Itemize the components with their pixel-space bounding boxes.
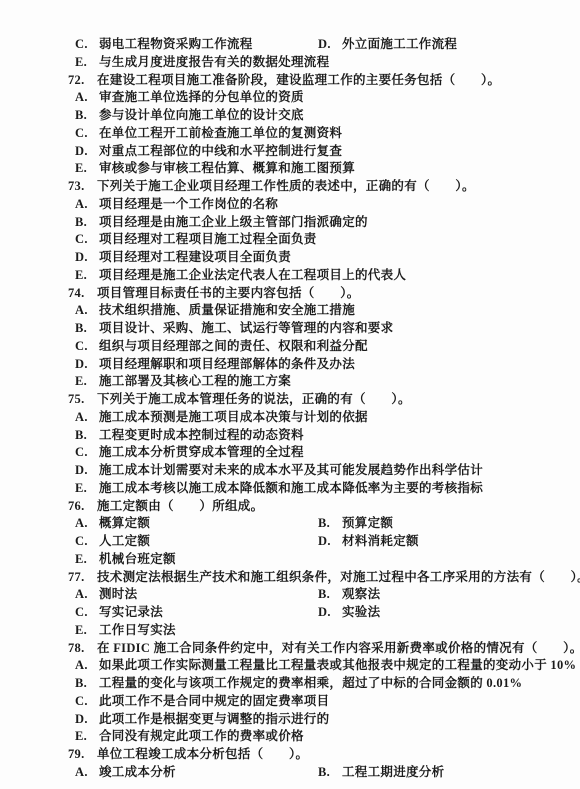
option-cell-left: C.弱电工程物资采购工作流程 bbox=[75, 37, 253, 51]
option-row: D.施工成本计划需要对未来的成本水平及其可能发展趋势作出科学估计 bbox=[68, 462, 566, 480]
option-label: C. bbox=[75, 125, 99, 143]
option-row: A.施工成本预测是施工项目成本决策与计划的依据 bbox=[68, 409, 566, 427]
option-label: E. bbox=[75, 267, 99, 285]
option-text: 技术组织措施、质量保证措施和安全施工措施 bbox=[99, 303, 355, 317]
question-stem-text: 单位工程竣工成本分析包括（ ）。 bbox=[97, 747, 308, 761]
option-cell-left: A.竣工成本分析 bbox=[75, 765, 176, 779]
question-block: 75.下列关于施工成本管理任务的说法，正确的有（ ）。 A.施工成本预测是施工项… bbox=[68, 391, 566, 498]
option-text: 测时法 bbox=[99, 587, 137, 601]
question-stem-line: 75.下列关于施工成本管理任务的说法，正确的有（ ）。 bbox=[68, 391, 566, 409]
option-label: D. bbox=[318, 533, 342, 551]
option-row: A.概算定额 B.预算定额 bbox=[68, 515, 566, 533]
option-cell-left: A.审查施工单位选择的分包单位的资质 bbox=[75, 90, 304, 104]
option-cell-left: E.合同没有规定此项工作的费率或价格 bbox=[75, 729, 304, 743]
question-block: 73.下列关于施工企业项目经理工作性质的表述中，正确的有（ ）。 A.项目经理是… bbox=[68, 178, 566, 285]
option-text: 对重点工程部位的中线和水平控制进行复查 bbox=[99, 144, 342, 158]
question-stem-line: 78.在 FIDIC 施工合同条件约定中，对有关工作内容采用新费率或价格的情况有… bbox=[68, 640, 566, 658]
option-row: C.项目经理对工程项目施工过程全面负责 bbox=[68, 231, 566, 249]
question-number: 73. bbox=[68, 178, 97, 196]
option-label: D. bbox=[318, 604, 342, 622]
option-text: 审查施工单位选择的分包单位的资质 bbox=[99, 90, 304, 104]
option-row: E.合同没有规定此项工作的费率或价格 bbox=[68, 728, 566, 746]
option-cell-left: D.施工成本计划需要对未来的成本水平及其可能发展趋势作出科学估计 bbox=[75, 463, 483, 477]
option-label: B. bbox=[318, 515, 342, 533]
option-row: D.项目经理解职和项目经理部解体的条件及办法 bbox=[68, 356, 566, 374]
option-cell-left: E.施工部署及其核心工程的施工方案 bbox=[75, 374, 291, 388]
question-block: 78.在 FIDIC 施工合同条件约定中，对有关工作内容采用新费率或价格的情况有… bbox=[68, 640, 566, 747]
option-cell-left: B.参与设计单位向施工单位的设计交底 bbox=[75, 108, 304, 122]
option-rows: A.技术组织措施、质量保证措施和安全施工措施 B.项目设计、采购、施工、试运行等… bbox=[68, 302, 566, 391]
option-text: 实验法 bbox=[342, 605, 380, 619]
option-cell-right: D.实验法 bbox=[318, 604, 380, 622]
option-rows: A.项目经理是一个工作岗位的名称 B.项目经理是由施工企业上级主管部门指派确定的… bbox=[68, 196, 566, 285]
option-label: D. bbox=[75, 356, 99, 374]
option-text: 材料消耗定额 bbox=[342, 534, 419, 548]
option-label: C. bbox=[75, 444, 99, 462]
option-row: A.测时法 B.观察法 bbox=[68, 586, 566, 604]
question-block: 76.施工定额由（ ）所组成。 A.概算定额 B.预算定额 C.人工定额 D.材… bbox=[68, 498, 566, 569]
option-cell-left: C.施工成本分析贯穿成本管理的全过程 bbox=[75, 445, 304, 459]
option-label: A. bbox=[75, 515, 99, 533]
option-cell-left: A.技术组织措施、质量保证措施和安全施工措施 bbox=[75, 303, 355, 317]
question-number: 77. bbox=[68, 569, 97, 587]
option-text: 审核或参与审核工程估算、概算和施工图预算 bbox=[99, 161, 355, 175]
question-stem-line: 73.下列关于施工企业项目经理工作性质的表述中，正确的有（ ）。 bbox=[68, 178, 566, 196]
option-cell-left: C.在单位工程开工前检查施工单位的复测资料 bbox=[75, 126, 342, 140]
option-text: 工作日写实法 bbox=[99, 623, 176, 637]
question-stem-text: 在建设工程项目施工准备阶段，建设监理工作的主要任务包括（ ）。 bbox=[97, 73, 500, 87]
option-label: E. bbox=[75, 728, 99, 746]
option-cell-left: A.如果此项工作实际测量工程量比工程量表或其他报表中规定的工程量的变动小于 10… bbox=[75, 658, 576, 672]
option-row: D.项目经理对工程建设项目全面负责 bbox=[68, 249, 566, 267]
option-row: B.项目经理是由施工企业上级主管部门指派确定的 bbox=[68, 214, 566, 232]
question-number: 76. bbox=[68, 498, 97, 516]
option-label: E. bbox=[75, 160, 99, 178]
option-row: C.施工成本分析贯穿成本管理的全过程 bbox=[68, 444, 566, 462]
option-label: D. bbox=[75, 143, 99, 161]
option-rows: A.测时法 B.观察法 C.写实记录法 D.实验法 E.工作日写实法 bbox=[68, 586, 566, 639]
option-row: D.此项工作是根据变更与调整的指示进行的 bbox=[68, 711, 566, 729]
question-stem-line: 74.项目管理目标责任书的主要内容包括（ ）。 bbox=[68, 285, 566, 303]
exam-page: C.弱电工程物资采购工作流程 D.外立面施工工作流程 E.与生成月度进度报告有关… bbox=[0, 0, 580, 789]
option-row: C.弱电工程物资采购工作流程 D.外立面施工工作流程 bbox=[68, 36, 566, 54]
option-label: A. bbox=[75, 764, 99, 782]
option-label: C. bbox=[75, 36, 99, 54]
question-stem-line: 76.施工定额由（ ）所组成。 bbox=[68, 498, 566, 516]
option-text: 竣工成本分析 bbox=[99, 765, 176, 779]
question-stem-line: 77.技术测定法根据生产技术和施工组织条件，对施工过程中各工序采用的方法有（ ）… bbox=[68, 569, 566, 587]
option-row: C.在单位工程开工前检查施工单位的复测资料 bbox=[68, 125, 566, 143]
option-text: 项目经理对工程项目施工过程全面负责 bbox=[99, 232, 317, 246]
option-text: 预算定额 bbox=[342, 516, 393, 530]
option-label: A. bbox=[75, 196, 99, 214]
option-text: 在单位工程开工前检查施工单位的复测资料 bbox=[99, 126, 342, 140]
option-cell-left: E.机械台班定额 bbox=[75, 552, 176, 566]
option-rows: A.概算定额 B.预算定额 C.人工定额 D.材料消耗定额 E.机械台班定额 bbox=[68, 515, 566, 568]
option-cell-left: B.项目设计、采购、施工、试运行等管理的内容和要求 bbox=[75, 321, 393, 335]
option-row: B.项目设计、采购、施工、试运行等管理的内容和要求 bbox=[68, 320, 566, 338]
option-row: E.项目经理是施工企业法定代表人在工程项目上的代表人 bbox=[68, 267, 566, 285]
carryover-option-rows: C.弱电工程物资采购工作流程 D.外立面施工工作流程 E.与生成月度进度报告有关… bbox=[68, 36, 566, 72]
option-row: E.审核或参与审核工程估算、概算和施工图预算 bbox=[68, 160, 566, 178]
option-text: 外立面施工工作流程 bbox=[342, 37, 457, 51]
question-stem-text: 下列关于施工企业项目经理工作性质的表述中，正确的有（ ）。 bbox=[97, 179, 475, 193]
option-row: C.人工定额 D.材料消耗定额 bbox=[68, 533, 566, 551]
option-cell-left: D.项目经理解职和项目经理部解体的条件及办法 bbox=[75, 357, 355, 371]
option-label: E. bbox=[75, 622, 99, 640]
option-text: 施工成本分析贯穿成本管理的全过程 bbox=[99, 445, 304, 459]
option-cell-right: B.工程工期进度分析 bbox=[318, 764, 444, 782]
option-text: 观察法 bbox=[342, 587, 380, 601]
option-label: E. bbox=[75, 54, 99, 72]
option-cell-left: A.测时法 bbox=[75, 587, 137, 601]
option-rows: A.审查施工单位选择的分包单位的资质 B.参与设计单位向施工单位的设计交底 C.… bbox=[68, 89, 566, 178]
option-row: A.竣工成本分析 B.工程工期进度分析 bbox=[68, 764, 566, 782]
option-label: A. bbox=[75, 409, 99, 427]
option-label: B. bbox=[75, 675, 99, 693]
option-text: 此项工作不是合同中规定的固定费率项目 bbox=[99, 694, 329, 708]
option-text: 项目经理对工程建设项目全面负责 bbox=[99, 250, 291, 264]
question-stem-text: 施工定额由（ ）所组成。 bbox=[97, 499, 263, 513]
option-cell-left: E.审核或参与审核工程估算、概算和施工图预算 bbox=[75, 161, 355, 175]
option-text: 概算定额 bbox=[99, 516, 150, 530]
option-text: 如果此项工作实际测量工程量比工程量表或其他报表中规定的工程量的变动小于 10% bbox=[99, 658, 576, 672]
option-cell-left: C.写实记录法 bbox=[75, 605, 163, 619]
option-label: A. bbox=[75, 89, 99, 107]
option-cell-left: D.此项工作是根据变更与调整的指示进行的 bbox=[75, 712, 329, 726]
option-text: 写实记录法 bbox=[99, 605, 163, 619]
question-list: 72.在建设工程项目施工准备阶段，建设监理工作的主要任务包括（ ）。 A.审查施… bbox=[68, 72, 566, 782]
option-label: A. bbox=[75, 302, 99, 320]
option-row: B.工程变更时成本控制过程的动态资料 bbox=[68, 427, 566, 445]
option-text: 项目经理是施工企业法定代表人在工程项目上的代表人 bbox=[99, 268, 406, 282]
question-number: 79. bbox=[68, 746, 97, 764]
option-cell-right: D.材料消耗定额 bbox=[318, 533, 419, 551]
option-label: D. bbox=[75, 711, 99, 729]
option-text: 施工成本考核以施工成本降低额和施工成本降低率为主要的考核指标 bbox=[99, 481, 483, 495]
option-label: B. bbox=[318, 586, 342, 604]
question-block: 77.技术测定法根据生产技术和施工组织条件，对施工过程中各工序采用的方法有（ ）… bbox=[68, 569, 566, 640]
option-text: 参与设计单位向施工单位的设计交底 bbox=[99, 108, 304, 122]
option-label: E. bbox=[75, 480, 99, 498]
option-text: 工程量的变化与该项工作规定的费率相乘，超过了中标的合同金额的 0.01% bbox=[99, 676, 522, 690]
option-cell-left: C.人工定额 bbox=[75, 534, 150, 548]
option-cell-left: C.此项工作不是合同中规定的固定费率项目 bbox=[75, 694, 329, 708]
option-text: 工程变更时成本控制过程的动态资料 bbox=[99, 428, 304, 442]
question-number: 72. bbox=[68, 72, 97, 90]
option-cell-left: A.施工成本预测是施工项目成本决策与计划的依据 bbox=[75, 410, 368, 424]
option-row: E.机械台班定额 bbox=[68, 551, 566, 569]
option-row: C.此项工作不是合同中规定的固定费率项目 bbox=[68, 693, 566, 711]
option-row: E.施工成本考核以施工成本降低额和施工成本降低率为主要的考核指标 bbox=[68, 480, 566, 498]
question-stem-text: 下列关于施工成本管理任务的说法，正确的有（ ）。 bbox=[97, 392, 411, 406]
option-text: 此项工作是根据变更与调整的指示进行的 bbox=[99, 712, 329, 726]
option-cell-left: E.施工成本考核以施工成本降低额和施工成本降低率为主要的考核指标 bbox=[75, 481, 483, 495]
question-stem-text: 项目管理目标责任书的主要内容包括（ ）。 bbox=[97, 286, 360, 300]
option-row: A.如果此项工作实际测量工程量比工程量表或其他报表中规定的工程量的变动小于 10… bbox=[68, 657, 566, 675]
option-cell-left: A.概算定额 bbox=[75, 516, 150, 530]
question-block: 79.单位工程竣工成本分析包括（ ）。 A.竣工成本分析 B.工程工期进度分析 bbox=[68, 746, 566, 782]
option-rows: A.竣工成本分析 B.工程工期进度分析 bbox=[68, 764, 566, 782]
option-cell-left: E.与生成月度进度报告有关的数据处理流程 bbox=[75, 55, 329, 69]
option-cell-left: B.工程变更时成本控制过程的动态资料 bbox=[75, 428, 304, 442]
question-number: 74. bbox=[68, 285, 97, 303]
option-label: C. bbox=[75, 604, 99, 622]
option-row: E.施工部署及其核心工程的施工方案 bbox=[68, 373, 566, 391]
option-text: 与生成月度进度报告有关的数据处理流程 bbox=[99, 55, 329, 69]
option-cell-left: E.项目经理是施工企业法定代表人在工程项目上的代表人 bbox=[75, 268, 406, 282]
option-label: C. bbox=[75, 693, 99, 711]
option-row: E.与生成月度进度报告有关的数据处理流程 bbox=[68, 54, 566, 72]
option-text: 施工部署及其核心工程的施工方案 bbox=[99, 374, 291, 388]
option-text: 项目经理是由施工企业上级主管部门指派确定的 bbox=[99, 215, 368, 229]
option-rows: A.施工成本预测是施工项目成本决策与计划的依据 B.工程变更时成本控制过程的动态… bbox=[68, 409, 566, 498]
question-block: 72.在建设工程项目施工准备阶段，建设监理工作的主要任务包括（ ）。 A.审查施… bbox=[68, 72, 566, 179]
option-label: C. bbox=[75, 231, 99, 249]
question-number: 78. bbox=[68, 640, 97, 658]
option-row: A.项目经理是一个工作岗位的名称 bbox=[68, 196, 566, 214]
question-stem-line: 79.单位工程竣工成本分析包括（ ）。 bbox=[68, 746, 566, 764]
question-stem-line: 72.在建设工程项目施工准备阶段，建设监理工作的主要任务包括（ ）。 bbox=[68, 72, 566, 90]
option-row: A.技术组织措施、质量保证措施和安全施工措施 bbox=[68, 302, 566, 320]
option-label: A. bbox=[75, 586, 99, 604]
question-block: 74.项目管理目标责任书的主要内容包括（ ）。 A.技术组织措施、质量保证措施和… bbox=[68, 285, 566, 392]
option-label: A. bbox=[75, 657, 99, 675]
option-cell-right: B.观察法 bbox=[318, 586, 380, 604]
question-stem-text: 在 FIDIC 施工合同条件约定中，对有关工作内容采用新费率或价格的情况有（ ）… bbox=[97, 641, 580, 655]
option-text: 合同没有规定此项工作的费率或价格 bbox=[99, 729, 304, 743]
option-text: 机械台班定额 bbox=[99, 552, 176, 566]
option-text: 项目设计、采购、施工、试运行等管理的内容和要求 bbox=[99, 321, 393, 335]
option-row: B.参与设计单位向施工单位的设计交底 bbox=[68, 107, 566, 125]
option-cell-left: E.工作日写实法 bbox=[75, 623, 176, 637]
option-label: D. bbox=[318, 36, 342, 54]
option-text: 施工成本预测是施工项目成本决策与计划的依据 bbox=[99, 410, 368, 424]
option-cell-left: D.对重点工程部位的中线和水平控制进行复查 bbox=[75, 144, 342, 158]
option-row: B.工程量的变化与该项工作规定的费率相乘，超过了中标的合同金额的 0.01% bbox=[68, 675, 566, 693]
option-cell-left: B.项目经理是由施工企业上级主管部门指派确定的 bbox=[75, 215, 368, 229]
question-number: 75. bbox=[68, 391, 97, 409]
option-text: 施工成本计划需要对未来的成本水平及其可能发展趋势作出科学估计 bbox=[99, 463, 483, 477]
option-text: 项目经理是一个工作岗位的名称 bbox=[99, 197, 278, 211]
option-rows: A.如果此项工作实际测量工程量比工程量表或其他报表中规定的工程量的变动小于 10… bbox=[68, 657, 566, 746]
option-cell-left: B.工程量的变化与该项工作规定的费率相乘，超过了中标的合同金额的 0.01% bbox=[75, 676, 522, 690]
option-label: B. bbox=[75, 320, 99, 338]
option-text: 工程工期进度分析 bbox=[342, 765, 444, 779]
option-label: E. bbox=[75, 373, 99, 391]
option-text: 人工定额 bbox=[99, 534, 150, 548]
option-label: B. bbox=[75, 427, 99, 445]
option-text: 弱电工程物资采购工作流程 bbox=[99, 37, 253, 51]
option-text: 项目经理解职和项目经理部解体的条件及办法 bbox=[99, 357, 355, 371]
option-label: D. bbox=[75, 462, 99, 480]
option-cell-left: C.组织与项目经理部之间的责任、权限和利益分配 bbox=[75, 339, 368, 353]
option-label: D. bbox=[75, 249, 99, 267]
option-row: A.审查施工单位选择的分包单位的资质 bbox=[68, 89, 566, 107]
option-label: C. bbox=[75, 533, 99, 551]
option-cell-left: D.项目经理对工程建设项目全面负责 bbox=[75, 250, 291, 264]
option-label: B. bbox=[75, 107, 99, 125]
option-text: 组织与项目经理部之间的责任、权限和利益分配 bbox=[99, 339, 368, 353]
option-label: B. bbox=[75, 214, 99, 232]
option-row: D.对重点工程部位的中线和水平控制进行复查 bbox=[68, 143, 566, 161]
option-row: E.工作日写实法 bbox=[68, 622, 566, 640]
option-cell-right: B.预算定额 bbox=[318, 515, 393, 533]
option-cell-left: C.项目经理对工程项目施工过程全面负责 bbox=[75, 232, 317, 246]
option-row: C.写实记录法 D.实验法 bbox=[68, 604, 566, 622]
question-stem-text: 技术测定法根据生产技术和施工组织条件，对施工过程中各工序采用的方法有（ ）。 bbox=[97, 570, 580, 584]
option-row: C.组织与项目经理部之间的责任、权限和利益分配 bbox=[68, 338, 566, 356]
option-label: B. bbox=[318, 764, 342, 782]
option-label: E. bbox=[75, 551, 99, 569]
option-cell-right: D.外立面施工工作流程 bbox=[318, 36, 457, 54]
option-cell-left: A.项目经理是一个工作岗位的名称 bbox=[75, 197, 278, 211]
option-label: C. bbox=[75, 338, 99, 356]
